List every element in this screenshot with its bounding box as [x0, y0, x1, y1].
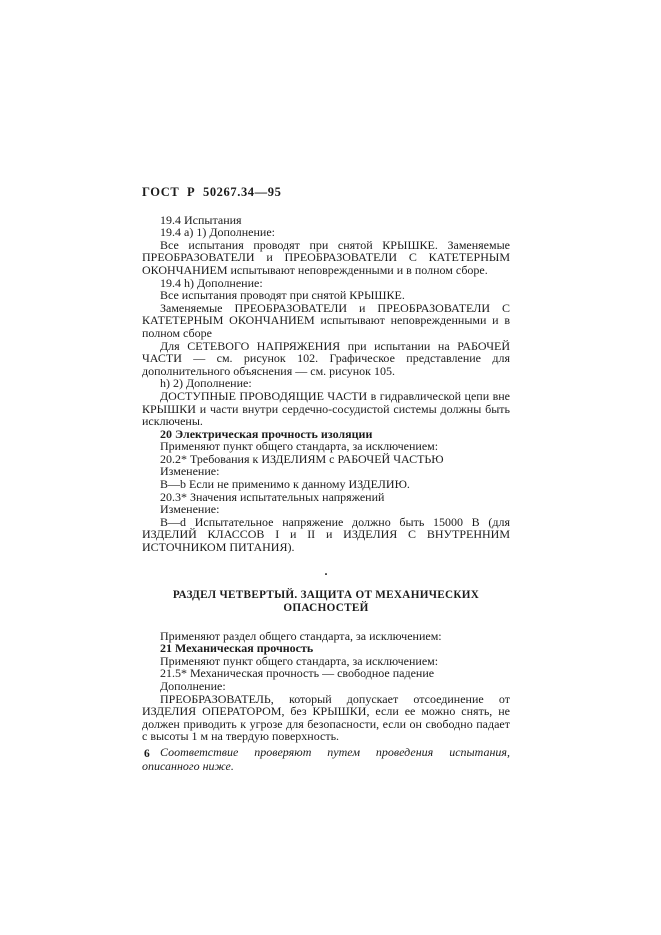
separator-dot: . [142, 566, 510, 576]
text-column: ГОСТ Р 50267.34—95 19.4 Испытания 19.4 a… [142, 186, 510, 774]
paragraph-body: ПРЕОБРАЗОВАТЕЛЬ, который допускает отсое… [142, 693, 510, 743]
subsection-title-21: 21 Механическая прочность [142, 642, 510, 655]
paragraph-body: Заменяемые ПРЕОБРАЗОВАТЕЛИ и ПРЕОБРАЗОВА… [142, 302, 510, 340]
paragraph-body: В—d Испытательное напряжение должно быть… [142, 516, 510, 554]
paragraph-body: Изменение: [142, 503, 510, 516]
paragraph-body: Для СЕТЕВОГО НАПРЯЖЕНИЯ при испытании на… [142, 340, 510, 378]
paragraph-body: В—b Если не применимо к данному ИЗДЕЛИЮ. [142, 478, 510, 491]
paragraph-body: Дополнение: [142, 680, 510, 693]
paragraph-compliance-note: Соответствие проверяют путем проведения … [142, 745, 510, 774]
document-page: ГОСТ Р 50267.34—95 19.4 Испытания 19.4 a… [0, 0, 661, 935]
standard-number-header: ГОСТ Р 50267.34—95 [142, 186, 510, 199]
paragraph-body: Применяют пункт общего стандарта, за иск… [142, 440, 510, 453]
page-number: 6 [144, 748, 150, 760]
paragraph-body: Все испытания проводят при снятой КРЫШКЕ… [142, 239, 510, 277]
section-four-heading: РАЗДЕЛ ЧЕТВЕРТЫЙ. ЗАЩИТА ОТ МЕХАНИЧЕСКИХ… [142, 589, 510, 615]
paragraph-body: Все испытания проводят при снятой КРЫШКЕ… [142, 289, 510, 302]
paragraph-body: ДОСТУПНЫЕ ПРОВОДЯЩИЕ ЧАСТИ в гидравличес… [142, 390, 510, 428]
paragraph-clause-19-4-a-1: 19.4 a) 1) Дополнение: [142, 226, 510, 239]
